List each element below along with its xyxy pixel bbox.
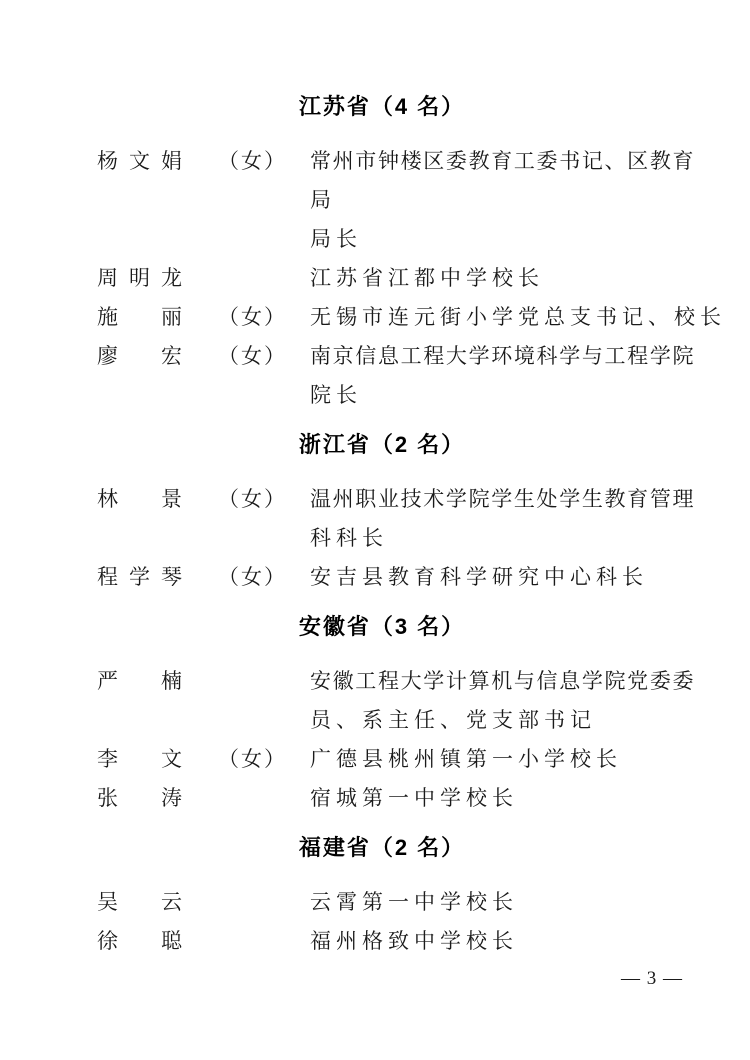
position-line: 宿城第一中学校长 (310, 779, 700, 818)
person-name: 周明龙 (97, 259, 212, 298)
province-heading: 福建省（2 名） (97, 833, 667, 863)
person-position: 江苏省江都中学校长 (310, 259, 700, 298)
position-line: 无锡市连元街小学党总支书记、校长 (310, 298, 700, 337)
province-section: 安徽省（3 名） 严 楠 安徽工程大学计算机与信息学院党委委员、系主任、党支部书… (97, 612, 694, 818)
person-name: 廖 宏 (97, 337, 212, 376)
province-heading: 安徽省（3 名） (97, 612, 667, 642)
position-line: 江苏省江都中学校长 (310, 259, 700, 298)
roster-rows: 严 楠 安徽工程大学计算机与信息学院党委委员、系主任、党支部书记 李 文 （女）… (97, 662, 694, 818)
roster-rows: 林 景 （女） 温州职业技术学院学生处学生教育管理科科长 程学琴 （女） 安吉县… (97, 480, 694, 597)
person-name: 吴 云 (97, 883, 212, 922)
province-heading: 浙江省（2 名） (97, 430, 667, 460)
person-name: 程学琴 (97, 558, 212, 597)
person-name: 徐 聪 (97, 922, 212, 961)
roster-row: 林 景 （女） 温州职业技术学院学生处学生教育管理科科长 (97, 480, 694, 558)
person-name: 严 楠 (97, 662, 212, 701)
person-name: 张 涛 (97, 779, 212, 818)
person-name: 施 丽 (97, 298, 212, 337)
position-line: 广德县桃州镇第一小学校长 (310, 740, 700, 779)
person-position: 云霄第一中学校长 (310, 883, 700, 922)
person-gender: （女） (212, 142, 310, 181)
roster-row: 程学琴 （女） 安吉县教育科学研究中心科长 (97, 558, 694, 597)
position-line: 局长 (310, 220, 700, 259)
person-gender: （女） (212, 558, 310, 597)
roster-rows: 杨文娟 （女） 常州市钟楼区委教育工委书记、区教育局局长 周明龙 江苏省江都中学… (97, 142, 694, 415)
person-gender: （女） (212, 480, 310, 519)
roster-row: 张 涛 宿城第一中学校长 (97, 779, 694, 818)
person-name: 杨文娟 (97, 142, 212, 181)
person-position: 无锡市连元街小学党总支书记、校长 (310, 298, 700, 337)
person-position: 安徽工程大学计算机与信息学院党委委员、系主任、党支部书记 (310, 662, 700, 740)
roster-row: 施 丽 （女） 无锡市连元街小学党总支书记、校长 (97, 298, 694, 337)
person-name: 李 文 (97, 740, 212, 779)
position-line: 安徽工程大学计算机与信息学院党委委 (310, 662, 694, 701)
position-line: 云霄第一中学校长 (310, 883, 700, 922)
position-line: 温州职业技术学院学生处学生教育管理 (310, 480, 694, 519)
province-heading: 江苏省（4 名） (97, 92, 667, 122)
roster-row: 周明龙 江苏省江都中学校长 (97, 259, 694, 298)
roster-row: 杨文娟 （女） 常州市钟楼区委教育工委书记、区教育局局长 (97, 142, 694, 259)
person-position: 广德县桃州镇第一小学校长 (310, 740, 700, 779)
person-position: 宿城第一中学校长 (310, 779, 700, 818)
person-gender: （女） (212, 337, 310, 376)
page-number: — 3 — (621, 968, 683, 990)
roster-rows: 吴 云 云霄第一中学校长 徐 聪 福州格致中学校长 (97, 883, 694, 961)
roster-row: 廖 宏 （女） 南京信息工程大学环境科学与工程学院院长 (97, 337, 694, 415)
document-page: 江苏省（4 名） 杨文娟 （女） 常州市钟楼区委教育工委书记、区教育局局长 周明… (0, 0, 750, 1060)
province-section: 浙江省（2 名） 林 景 （女） 温州职业技术学院学生处学生教育管理科科长 程学… (97, 430, 694, 597)
person-name: 林 景 (97, 480, 212, 519)
person-position: 南京信息工程大学环境科学与工程学院院长 (310, 337, 700, 415)
roster-row: 徐 聪 福州格致中学校长 (97, 922, 694, 961)
person-gender: （女） (212, 740, 310, 779)
roster-row: 吴 云 云霄第一中学校长 (97, 883, 694, 922)
person-position: 福州格致中学校长 (310, 922, 700, 961)
position-line: 常州市钟楼区委教育工委书记、区教育局 (310, 142, 694, 220)
position-line: 院长 (310, 376, 700, 415)
person-gender: （女） (212, 298, 310, 337)
roster-row: 李 文 （女） 广德县桃州镇第一小学校长 (97, 740, 694, 779)
position-line: 科科长 (310, 519, 700, 558)
position-line: 福州格致中学校长 (310, 922, 700, 961)
province-section: 福建省（2 名） 吴 云 云霄第一中学校长 徐 聪 福州格致中学校长 (97, 833, 694, 961)
roster-row: 严 楠 安徽工程大学计算机与信息学院党委委员、系主任、党支部书记 (97, 662, 694, 740)
person-position: 安吉县教育科学研究中心科长 (310, 558, 700, 597)
position-line: 员、系主任、党支部书记 (310, 701, 700, 740)
position-line: 安吉县教育科学研究中心科长 (310, 558, 700, 597)
person-position: 常州市钟楼区委教育工委书记、区教育局局长 (310, 142, 700, 259)
position-line: 南京信息工程大学环境科学与工程学院 (310, 337, 694, 376)
person-position: 温州职业技术学院学生处学生教育管理科科长 (310, 480, 700, 558)
roster-content: 江苏省（4 名） 杨文娟 （女） 常州市钟楼区委教育工委书记、区教育局局长 周明… (0, 0, 750, 961)
province-section: 江苏省（4 名） 杨文娟 （女） 常州市钟楼区委教育工委书记、区教育局局长 周明… (97, 92, 694, 415)
